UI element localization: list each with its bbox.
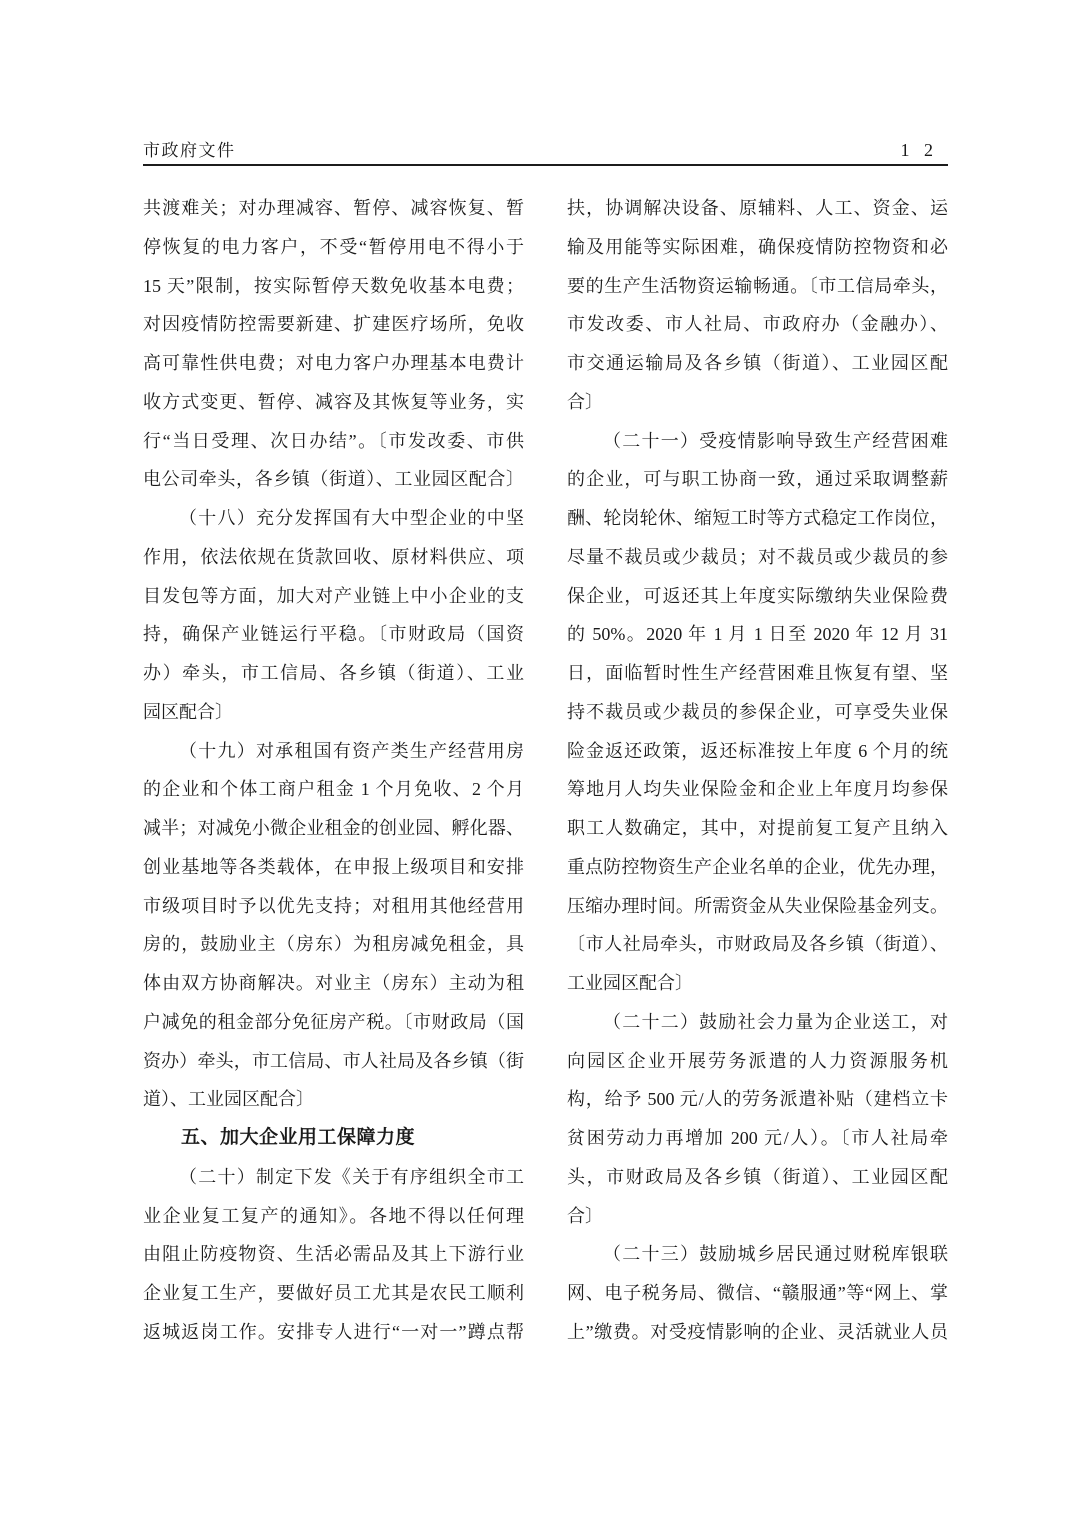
document-page: 市政府文件 1 2 共渡难关；对办理减容、暂停、减容恢复、暂停恢复的电力客户，不… <box>0 0 1074 1520</box>
text-line: 作用，依法依规在货款回收、原材料供应、项 <box>143 538 524 577</box>
text-line: 共渡难关；对办理减容、暂停、减容恢复、暂 <box>143 189 524 228</box>
text-line: 高可靠性供电费；对电力客户办理基本电费计 <box>143 344 524 383</box>
text-line: 对因疫情防控需要新建、扩建医疗场所，免收 <box>143 305 524 344</box>
text-line: （二十二）鼓励社会力量为企业送工，对 <box>567 1003 948 1042</box>
text-line: （二十三）鼓励城乡居民通过财税库银联 <box>567 1235 948 1274</box>
text-line: 市级项目时予以优先支持；对租用其他经营用 <box>143 887 524 926</box>
text-line: 合〕 <box>567 1197 948 1236</box>
left-column: 共渡难关；对办理减容、暂停、减容恢复、暂停恢复的电力客户，不受“暂停用电不得小于… <box>143 189 524 1352</box>
text-line: 减半；对减免小微企业租金的创业园、孵化器、 <box>143 809 524 848</box>
text-line: 输及用能等实际困难，确保疫情防控物资和必 <box>567 228 948 267</box>
text-line: 险金返还政策，返还标准按上年度 6 个月的统 <box>567 732 948 771</box>
text-line: 筹地月人均失业保险金和企业上年度月均参保 <box>567 770 948 809</box>
text-line: 持，确保产业链运行平稳。〔市财政局（国资 <box>143 615 524 654</box>
text-line: 由阻止防疫物资、生活必需品及其上下游行业 <box>143 1235 524 1274</box>
text-line: 行“当日受理、次日办结”。〔市发改委、市供 <box>143 422 524 461</box>
document-body: 共渡难关；对办理减容、暂停、减容恢复、暂停恢复的电力客户，不受“暂停用电不得小于… <box>143 189 948 1352</box>
right-column: 扶，协调解决设备、原辅料、人工、资金、运输及用能等实际困难，确保疫情防控物资和必… <box>567 189 948 1352</box>
text-line: 向园区企业开展劳务派遣的人力资源服务机 <box>567 1042 948 1081</box>
text-line: 保企业，可返还其上年度实际缴纳失业保险费 <box>567 577 948 616</box>
text-line: 上”缴费。对受疫情影响的企业、灵活就业人员 <box>567 1313 948 1352</box>
text-line: 网、电子税务局、微信、“赣服通”等“网上、掌 <box>567 1274 948 1313</box>
text-line: 贫困劳动力再增加 200 元/人）。〔市人社局牵 <box>567 1119 948 1158</box>
text-line: 扶，协调解决设备、原辅料、人工、资金、运 <box>567 189 948 228</box>
text-line: 办）牵头，市工信局、各乡镇（街道）、工业 <box>143 654 524 693</box>
text-line: 创业基地等各类载体，在申报上级项目和安排 <box>143 848 524 887</box>
text-line: 职工人数确定，其中，对提前复工复产且纳入 <box>567 809 948 848</box>
text-line: 道）、工业园区配合〕 <box>143 1080 524 1119</box>
text-line: 目发包等方面，加大对产业链上中小企业的支 <box>143 577 524 616</box>
text-line: 户减免的租金部分免征房产税。〔市财政局（国 <box>143 1003 524 1042</box>
text-line: 的企业，可与职工协商一致，通过采取调整薪 <box>567 460 948 499</box>
text-line: 市发改委、市人社局、市政府办（金融办）、 <box>567 305 948 344</box>
text-line: 返城返岗工作。安排专人进行“一对一”蹲点帮 <box>143 1313 524 1352</box>
page-number: 1 2 <box>901 140 949 161</box>
text-line: 头，市财政局及各乡镇（街道）、工业园区配 <box>567 1158 948 1197</box>
text-line: 尽量不裁员或少裁员；对不裁员或少裁员的参 <box>567 538 948 577</box>
text-line: 停恢复的电力客户，不受“暂停用电不得小于 <box>143 228 524 267</box>
text-line: 合〕 <box>567 383 948 422</box>
text-line: 的 50%。2020 年 1 月 1 日至 2020 年 12 月 31 <box>567 615 948 654</box>
text-line: （十八）充分发挥国有大中型企业的中坚 <box>143 499 524 538</box>
section-heading: 五、加大企业用工保障力度 <box>143 1119 524 1158</box>
text-line: 〔市人社局牵头，市财政局及各乡镇（街道）、 <box>567 925 948 964</box>
text-line: （二十一）受疫情影响导致生产经营困难 <box>567 422 948 461</box>
text-line: 业企业复工复产的通知》。各地不得以任何理 <box>143 1197 524 1236</box>
text-line: 构，给予 500 元/人的劳务派遣补贴（建档立卡 <box>567 1080 948 1119</box>
text-line: （十九）对承租国有资产类生产经营用房 <box>143 732 524 771</box>
text-line: 园区配合〕 <box>143 693 524 732</box>
text-line: 电公司牵头，各乡镇（街道）、工业园区配合〕 <box>143 460 524 499</box>
text-line: 市交通运输局及各乡镇（街道）、工业园区配 <box>567 344 948 383</box>
text-line: 资办）牵头，市工信局、市人社局及各乡镇（街 <box>143 1042 524 1081</box>
text-line: 要的生产生活物资运输畅通。〔市工信局牵头， <box>567 267 948 306</box>
document-type-label: 市政府文件 <box>143 136 236 161</box>
text-line: （二十）制定下发《关于有序组织全市工 <box>143 1158 524 1197</box>
text-line: 压缩办理时间。所需资金从失业保险基金列支。 <box>567 887 948 926</box>
text-line: 15 天”限制，按实际暂停天数免收基本电费； <box>143 267 524 306</box>
text-line: 企业复工生产，要做好员工尤其是农民工顺利 <box>143 1274 524 1313</box>
text-line: 房的，鼓励业主（房东）为租房减免租金，具 <box>143 925 524 964</box>
text-line: 的企业和个体工商户租金 1 个月免收、2 个月 <box>143 770 524 809</box>
text-line: 收方式变更、暂停、减容及其恢复等业务，实 <box>143 383 524 422</box>
text-line: 持不裁员或少裁员的参保企业，可享受失业保 <box>567 693 948 732</box>
text-line: 日，面临暂时性生产经营困难且恢复有望、坚 <box>567 654 948 693</box>
page-header: 市政府文件 1 2 <box>143 136 948 166</box>
text-line: 工业园区配合〕 <box>567 964 948 1003</box>
text-line: 酬、轮岗轮休、缩短工时等方式稳定工作岗位， <box>567 499 948 538</box>
text-line: 体由双方协商解决。对业主（房东）主动为租 <box>143 964 524 1003</box>
text-line: 重点防控物资生产企业名单的企业，优先办理， <box>567 848 948 887</box>
